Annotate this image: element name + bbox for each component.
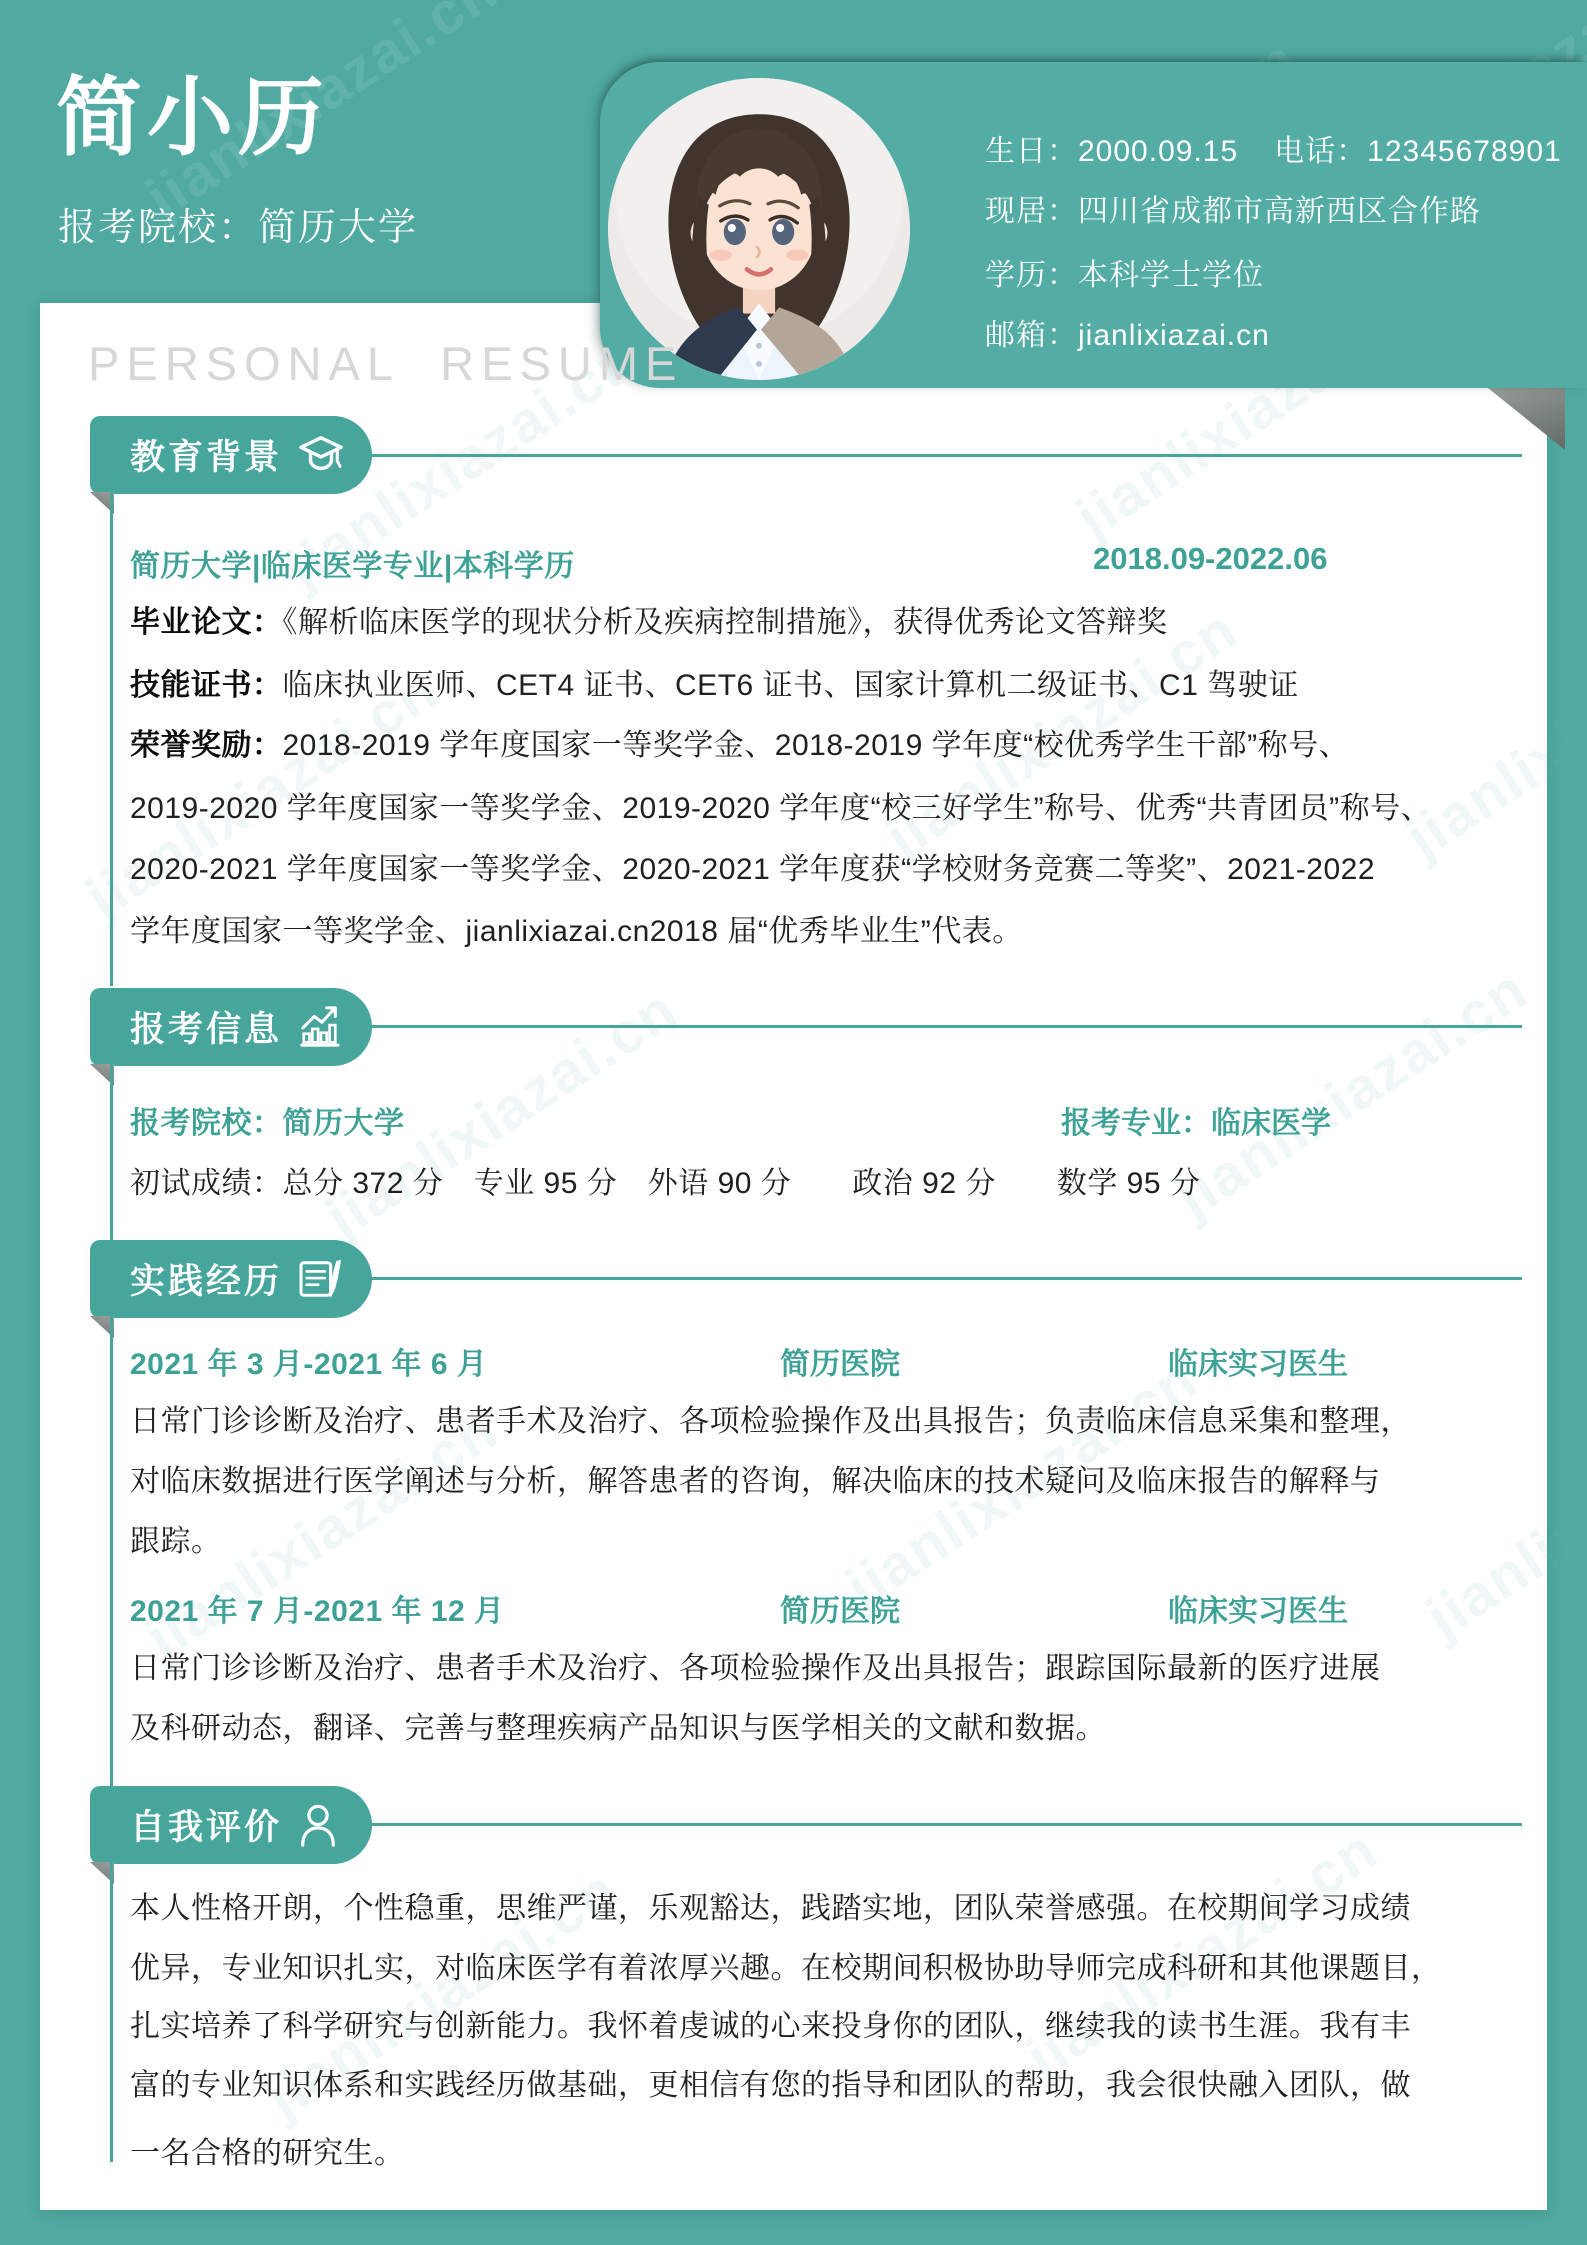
- practice2-role: 临床实习医生: [1168, 1586, 1348, 1630]
- graduation-cap-icon: [298, 434, 344, 476]
- self-eval-line: 本人性格开朗，个性稳重，思维严谨，乐观豁达，践踏实地，团队荣誉感强。在校期间学习…: [130, 1883, 1411, 1927]
- section-header-self-eval: 自我评价: [90, 1786, 372, 1864]
- practice1-line: 日常门诊诊断及治疗、患者手术及治疗、各项检验操作及出具报告；负责临床信息采集和整…: [130, 1396, 1411, 1440]
- person-icon: [298, 1803, 338, 1847]
- section-vertical-line: [110, 1064, 113, 1242]
- application-school: 报考院校：简历大学: [130, 1098, 405, 1142]
- info-line-birth-phone: 生日：2000.09.15电话：12345678901: [985, 126, 1562, 170]
- self-eval-line: 一名合格的研究生。: [130, 2128, 405, 2172]
- candidate-name: 简小历: [56, 48, 329, 172]
- personal-resume-watermark: PERSONAL RESUME: [88, 336, 683, 391]
- row-text: 2019-2020 学年度国家一等奖学金、2019-2020 学年度“校三好学生…: [130, 792, 1431, 825]
- section-vertical-line: [110, 492, 113, 986]
- self-eval-line: 优异，专业知识扎实，对临床医学有着浓厚兴趣。在校期间积极协助导师完成科研和其他课…: [130, 1943, 1442, 1987]
- birth-value: 生日：2000.09.15: [985, 135, 1238, 168]
- section-title: 实践经历: [130, 1254, 282, 1304]
- section-vertical-line: [110, 1316, 113, 1788]
- practice1-line: 跟踪。: [130, 1516, 222, 1560]
- section-title: 报考信息: [130, 1002, 282, 1052]
- info-line-degree: 学历：本科学士学位: [985, 250, 1264, 294]
- practice2-line: 日常门诊诊断及治疗、患者手术及治疗、各项检验操作及出具报告；跟踪国际最新的医疗进…: [130, 1643, 1381, 1687]
- row-text: 2020-2021 学年度国家一等奖学金、2020-2021 学年度获“学校财务…: [130, 853, 1375, 886]
- row-label: 荣誉奖励：: [130, 729, 283, 762]
- section-title: 教育背景: [130, 430, 282, 480]
- info-line-email: 邮箱：jianlixiazai.cn: [985, 310, 1270, 354]
- section-header-application: 报考信息: [90, 988, 372, 1066]
- self-eval-line: 富的专业知识体系和实践经历做基础，更相信有您的指导和团队的帮助，我会很快融入团队…: [130, 2060, 1411, 2104]
- practice1-org: 简历医院: [780, 1339, 900, 1383]
- section-header-education: 教育背景: [90, 416, 372, 494]
- education-row: 毕业论文：《解析临床医学的现状分析及疾病控制措施》，获得优秀论文答辩奖: [130, 597, 1168, 641]
- section-divider-line: [366, 1277, 1522, 1280]
- phone-value: 电话：12345678901: [1274, 135, 1562, 168]
- bar-chart-icon: [298, 1005, 342, 1049]
- row-text: 学年度国家一等奖学金、jianlixiazai.cn2018 届“优秀毕业生”代…: [130, 915, 1023, 948]
- section-header-practice: 实践经历: [90, 1240, 372, 1318]
- row-text: 《解析临床医学的现状分析及疾病控制措施》，获得优秀论文答辩奖: [283, 606, 1168, 639]
- education-row: 荣誉奖励：2018-2019 学年度国家一等奖学金、2018-2019 学年度“…: [130, 720, 1349, 764]
- row-label: 毕业论文：: [130, 606, 283, 639]
- practice2-org: 简历医院: [780, 1586, 900, 1630]
- section-vertical-line: [110, 1862, 113, 2162]
- education-row: 技能证书：临床执业医师、CET4 证书、CET6 证书、国家计算机二级证书、C1…: [130, 660, 1299, 704]
- education-date-range: 2018.09-2022.06: [1093, 541, 1327, 577]
- info-line-address: 现居：四川省成都市高新西区合作路: [985, 186, 1481, 230]
- education-row: 学年度国家一等奖学金、jianlixiazai.cn2018 届“优秀毕业生”代…: [130, 906, 1023, 950]
- target-school-line: 报考院校：简历大学: [58, 196, 418, 251]
- section-divider-line: [366, 454, 1522, 457]
- document-pen-icon: [298, 1258, 346, 1300]
- section-title: 自我评价: [130, 1800, 282, 1850]
- avatar-photo: [608, 78, 910, 380]
- application-scores: 初试成绩：总分 372 分 专业 95 分 外语 90 分 政治 92 分 数学…: [130, 1158, 1200, 1202]
- avatar-illustration: [608, 78, 910, 380]
- application-major: 报考专业：临床医学: [1061, 1098, 1331, 1142]
- education-row: 2019-2020 学年度国家一等奖学金、2019-2020 学年度“校三好学生…: [130, 783, 1431, 827]
- practice1-date: 2021 年 3 月-2021 年 6 月: [130, 1339, 487, 1383]
- section-divider-line: [366, 1823, 1522, 1826]
- practice1-line: 对临床数据进行医学阐述与分析，解答患者的咨询，解决临床的技术疑问及临床报告的解释…: [130, 1456, 1381, 1500]
- education-row: 2020-2021 学年度国家一等奖学金、2020-2021 学年度获“学校财务…: [130, 844, 1375, 888]
- section-divider-line: [366, 1025, 1522, 1028]
- practice2-date: 2021 年 7 月-2021 年 12 月: [130, 1586, 505, 1630]
- practice1-role: 临床实习医生: [1168, 1339, 1348, 1383]
- resume-canvas: jianlixiazai.cn jianlixiazai.cn jianlixi…: [0, 0, 1587, 2245]
- self-eval-line: 扎实培养了科学研究与创新能力。我怀着虔诚的心来投身你的团队，继续我的读书生涯。我…: [130, 2001, 1411, 2045]
- row-text: 2018-2019 学年度国家一等奖学金、2018-2019 学年度“校优秀学生…: [283, 729, 1350, 762]
- education-school-major: 简历大学|临床医学专业|本科学历: [130, 541, 575, 585]
- practice2-line: 及科研动态，翻译、完善与整理疾病产品知识与医学相关的文献和数据。: [130, 1703, 1106, 1747]
- row-label: 技能证书：: [130, 669, 283, 702]
- row-text: 临床执业医师、CET4 证书、CET6 证书、国家计算机二级证书、C1 驾驶证: [283, 669, 1299, 702]
